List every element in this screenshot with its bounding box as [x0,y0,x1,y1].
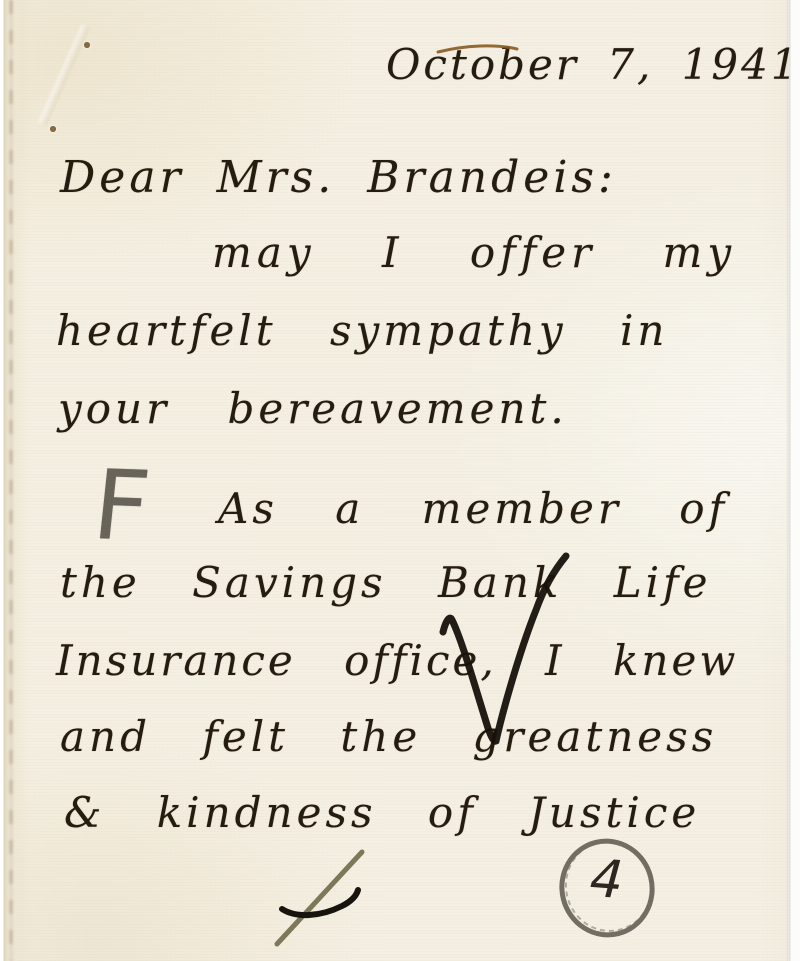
body-line-3: your bereavement. [58,384,568,433]
page-number: 4 [588,853,625,907]
pin-hole [50,126,56,132]
pencil-f-mark: F [89,457,154,555]
left-crease [9,0,13,961]
body-line-4: As a member of [218,484,728,533]
body-line-6: Insurance office, I knew [56,636,738,685]
body-line-7: and felt the greatness [60,712,717,761]
date-line: October 7, 1941 [386,40,800,89]
body-line-8: & kindness of Justice [64,788,700,837]
salutation: Dear Mrs. Brandeis: [60,152,617,203]
body-line-5: the Savings Bank Life [60,558,711,607]
pin-hole [84,42,90,48]
scanner-right-edge [786,0,800,961]
body-line-1: may I offer my [212,228,736,277]
scanned-letter-page: { "letter": { "date_line": "October 7, 1… [0,0,800,961]
body-line-2: heartfelt sympathy in [56,306,668,355]
